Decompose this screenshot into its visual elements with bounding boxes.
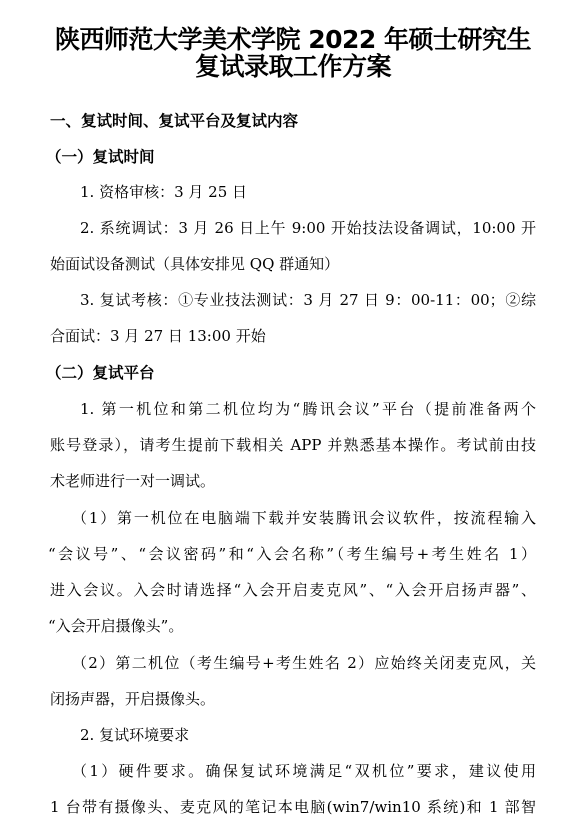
paragraph-line: 1 台带有摄像头、麦克风的笔记本电脑(win7/win10 系统)和 1 部智: [50, 797, 536, 817]
subsection-heading-platform: （二）复试平台: [46, 363, 155, 383]
subsection-heading-time: （一）复试时间: [46, 147, 155, 167]
paragraph-line: “会议号”、“会议密码”和“入会名称”（考生编号+考生姓名 1）: [48, 544, 536, 564]
paragraph-line: 1. 第一机位和第二机位均为“腾讯会议”平台（提前准备两个: [80, 399, 536, 419]
paragraph-line: 进入会议。入会时请选择“入会开启麦克风”、“入会开启扬声器”、: [50, 580, 536, 600]
section-heading: 一、复试时间、复试平台及复试内容: [50, 111, 298, 131]
paragraph-line: （1）第一机位在电脑端下载并安装腾讯会议软件，按流程输入: [72, 508, 536, 528]
paragraph-line: “入会开启摄像头”。: [48, 616, 534, 636]
document-title-line-2: 复试录取工作方案: [0, 53, 586, 80]
document-title-line-1: 陕西师范大学美术学院 2022 年硕士研究生: [0, 26, 586, 53]
paragraph-line: （1）硬件要求。确保复试环境满足“双机位”要求，建议使用: [72, 761, 536, 781]
paragraph-line: 1. 资格审核：3 月 25 日: [80, 182, 536, 202]
paragraph-line: 2. 复试环境要求: [80, 725, 566, 745]
paragraph-line: 闭扬声器，开启摄像头。: [50, 689, 536, 709]
paragraph-line: 始面试设备测试（具体安排见 QQ 群通知）: [50, 254, 536, 274]
paragraph-line: 2. 系统调试：3 月 26 日上午 9:00 开始技法设备调试，10:00 开: [80, 218, 536, 238]
paragraph-line: 账号登录），请考生提前下载相关 APP 并熟悉基本操作。考试前由技: [50, 435, 536, 455]
paragraph-line: 3. 复试考核：①专业技法测试：3 月 27 日 9：00-11：00；②综: [80, 290, 536, 310]
paragraph-line: （2）第二机位（考生编号+考生姓名 2）应始终关闭麦克风，关: [72, 653, 536, 673]
paragraph-line: 术老师进行一对一调试。: [50, 471, 536, 491]
paragraph-line: 合面试：3 月 27 日 13:00 开始: [50, 326, 536, 346]
document-page: 陕西师范大学美术学院 2022 年硕士研究生 复试录取工作方案 一、复试时间、复…: [0, 0, 586, 826]
